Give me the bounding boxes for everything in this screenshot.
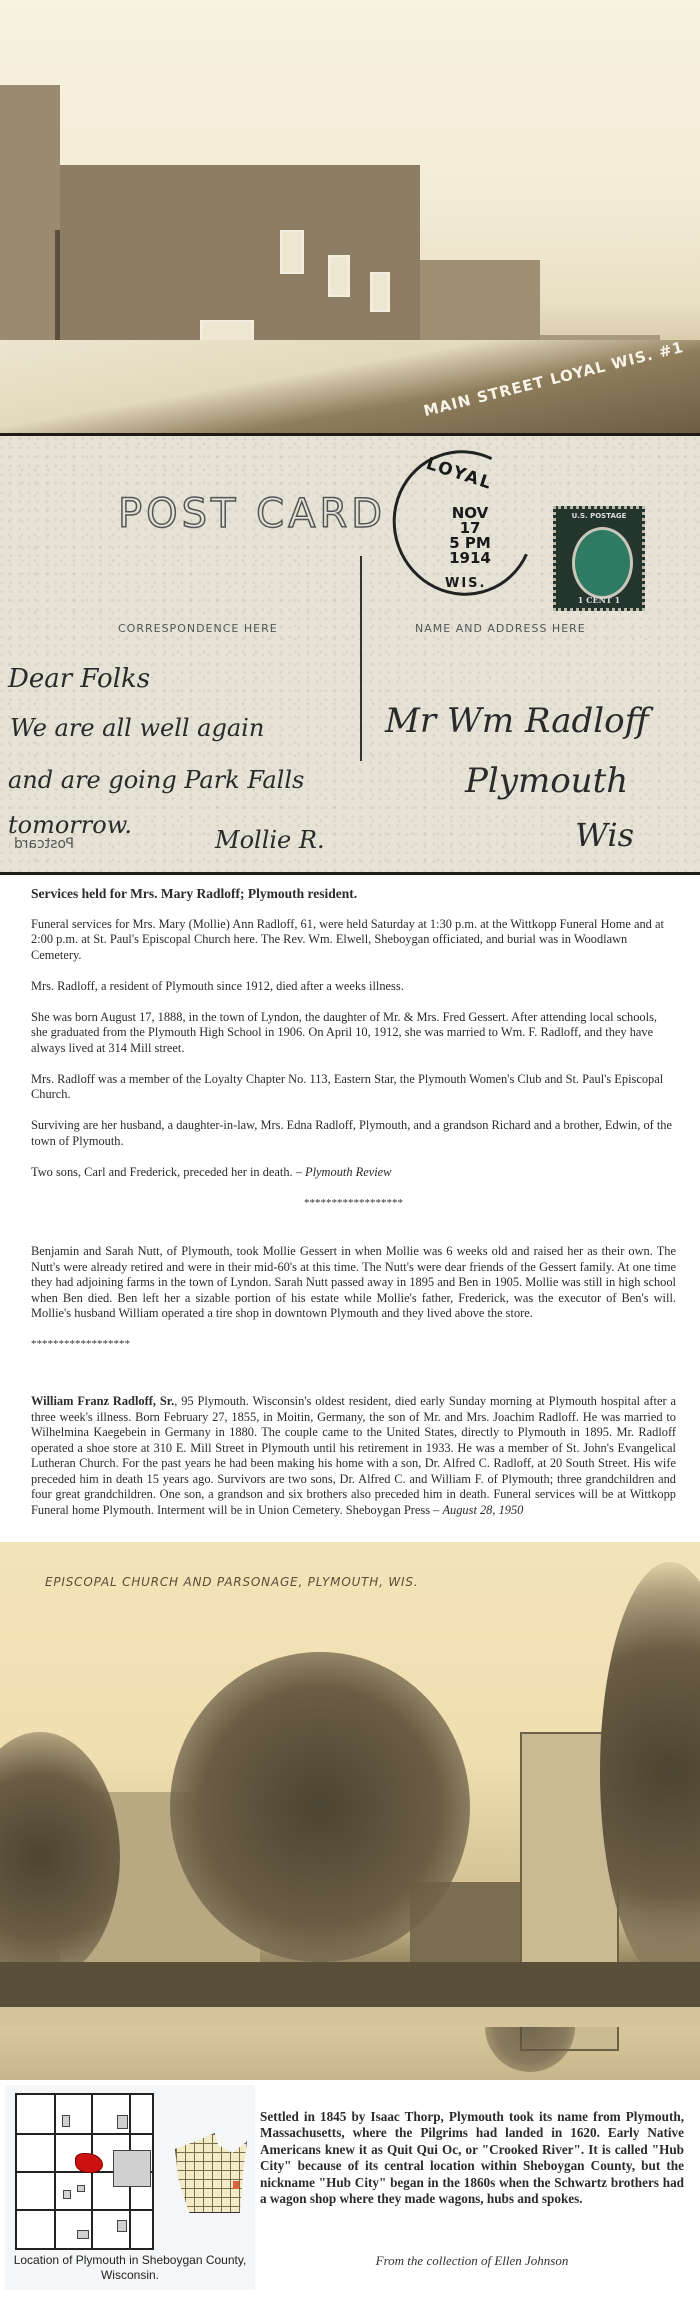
map-gridline bbox=[17, 2133, 152, 2135]
map-town bbox=[63, 2190, 71, 2199]
location-map: Location of Plymouth in Sheboygan County… bbox=[5, 2085, 255, 2290]
message-line: We are all well again bbox=[10, 714, 264, 742]
collection-credit: From the collection of Ellen Johnson bbox=[260, 2253, 684, 2269]
obituary-paragraph: Funeral services for Mrs. Mary (Mollie) … bbox=[31, 917, 676, 964]
postcard-title: POST CARD bbox=[118, 491, 386, 537]
map-town bbox=[113, 2150, 151, 2187]
message-line: Dear Folks bbox=[8, 664, 150, 694]
obituary-paragraph: William Franz Radloff, Sr., 95 Plymouth.… bbox=[31, 1394, 676, 1518]
map-town bbox=[117, 2220, 127, 2232]
building-main bbox=[60, 165, 420, 345]
map-town bbox=[117, 2115, 128, 2129]
obituary-text: , 95 Plymouth. Wisconsin's oldest reside… bbox=[31, 1394, 676, 1517]
address-line: Plymouth bbox=[465, 761, 628, 801]
lawn bbox=[0, 1962, 700, 2007]
obituary-source: Plymouth Review bbox=[305, 1165, 391, 1179]
obituary-paragraph: Surviving are her husband, a daughter-in… bbox=[31, 1118, 676, 1149]
obituary-paragraph: Mrs. Radloff, a resident of Plymouth sin… bbox=[31, 979, 676, 995]
sheboygan-county-map bbox=[15, 2093, 154, 2250]
map-town bbox=[77, 2230, 89, 2239]
postcard-divider bbox=[360, 556, 362, 761]
section-separator: ****************** bbox=[31, 1337, 676, 1353]
plymouth-history: Settled in 1845 by Isaac Thorp, Plymouth… bbox=[260, 2109, 684, 2207]
message-line: and are going Park Falls bbox=[8, 766, 304, 794]
stamp-value: 1 CENT 1 bbox=[560, 595, 638, 605]
window bbox=[370, 272, 390, 312]
obituary-paragraph: She was born August 17, 1888, in the tow… bbox=[31, 1010, 676, 1057]
dirt-road bbox=[0, 340, 700, 433]
obituary-paragraph: Mrs. Radloff was a member of the Loyalty… bbox=[31, 1072, 676, 1103]
obituary-closing-text: Two sons, Carl and Frederick, preceded h… bbox=[31, 1165, 305, 1179]
address-label: NAME AND ADDRESS HERE bbox=[415, 622, 586, 635]
stamp-portrait-icon bbox=[572, 527, 633, 599]
window bbox=[280, 230, 304, 274]
postmark-date: NOV 17 5 PM 1914 bbox=[440, 506, 500, 566]
church-photo-caption: EPISCOPAL CHURCH AND PARSONAGE, PLYMOUTH… bbox=[45, 1575, 418, 1589]
obituary-source-date: August 28, 1950 bbox=[442, 1503, 523, 1517]
window bbox=[328, 255, 350, 297]
postmark-year: 1914 bbox=[440, 551, 500, 566]
mirrored-postcard-text: Postcard bbox=[14, 836, 74, 852]
wisconsin-state-map bbox=[175, 2133, 247, 2213]
obituary-name: William Franz Radloff, Sr. bbox=[31, 1394, 174, 1408]
address-line: Wis bbox=[575, 816, 634, 854]
obituary-headline: Services held for Mrs. Mary Radloff; Ply… bbox=[31, 886, 676, 902]
note-paragraph: Benjamin and Sarah Nutt, of Plymouth, to… bbox=[31, 1244, 676, 1322]
obituary-william: William Franz Radloff, Sr., 95 Plymouth.… bbox=[31, 1394, 676, 1534]
plymouth-highlight bbox=[75, 2153, 103, 2173]
section-separator: ****************** bbox=[31, 1196, 676, 1212]
main-street-photo: MAIN STREET LOYAL WIS. #1 bbox=[0, 0, 700, 436]
church-photo: EPISCOPAL CHURCH AND PARSONAGE, PLYMOUTH… bbox=[0, 1542, 700, 2080]
map-caption: Location of Plymouth in Sheboygan County… bbox=[5, 2253, 255, 2283]
sidewalk bbox=[0, 2007, 700, 2027]
nutt-family-note: Benjamin and Sarah Nutt, of Plymouth, to… bbox=[31, 1244, 676, 1368]
postage-stamp: U.S. POSTAGE 1 CENT 1 bbox=[553, 506, 645, 611]
tree bbox=[170, 1652, 470, 1962]
sheboygan-county-marker bbox=[233, 2181, 239, 2189]
postcard-back: POST CARD LOYAL NOV 17 5 PM 1914 WIS. U.… bbox=[0, 436, 700, 875]
message-line: tomorrow. bbox=[8, 811, 132, 839]
correspondence-label: CORRESPONDENCE HERE bbox=[118, 622, 278, 635]
obituary-closing: Two sons, Carl and Frederick, preceded h… bbox=[31, 1165, 676, 1181]
obituary-mary: Services held for Mrs. Mary Radloff; Ply… bbox=[31, 886, 676, 1227]
map-town bbox=[77, 2185, 85, 2192]
address-line: Mr Wm Radloff bbox=[385, 701, 649, 741]
postmark-state: WIS. bbox=[445, 576, 486, 591]
map-gridline bbox=[17, 2209, 152, 2211]
stamp-top-text: U.S. POSTAGE bbox=[560, 512, 638, 520]
map-town bbox=[62, 2115, 70, 2127]
signature: Mollie R. bbox=[215, 826, 325, 854]
